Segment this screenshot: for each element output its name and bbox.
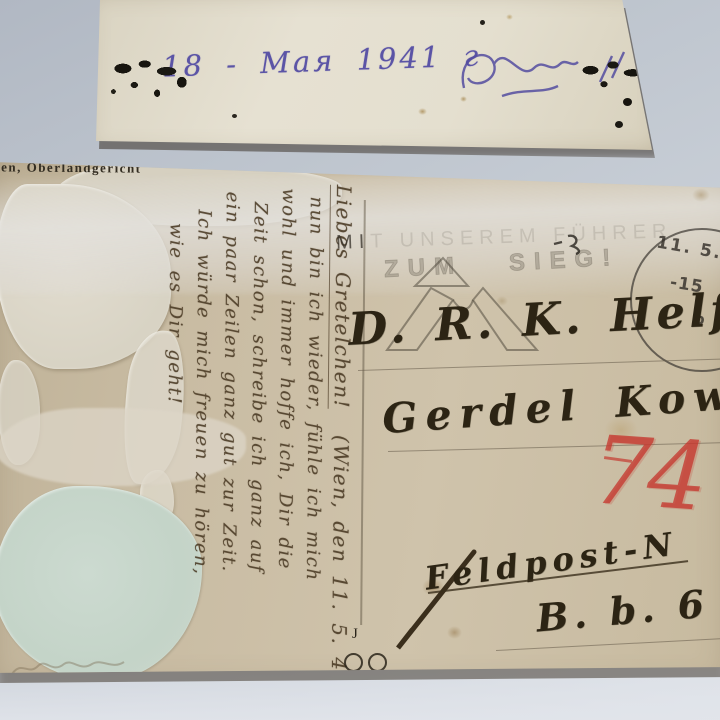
age-spot xyxy=(506,14,513,20)
message-line: wohl und immer hoffe ich, Dir die xyxy=(269,184,302,654)
registration-circle xyxy=(368,653,387,672)
address-line-4: B. b. 6 xyxy=(534,581,710,641)
slogan-visible: MI xyxy=(336,231,371,254)
age-spot xyxy=(418,108,427,115)
age-spot xyxy=(460,96,467,102)
ink-dot xyxy=(232,114,237,118)
censor-number: 74 xyxy=(588,416,707,533)
address-rule xyxy=(496,638,720,651)
postcard: ien, Oberlandgericht Liebes Gretelchen! … xyxy=(0,158,720,686)
message-line: Ich würde mich freuen zu hören, xyxy=(185,183,218,653)
date-inscription: 18 - Мая 1941 г xyxy=(162,38,482,83)
registration-circle xyxy=(344,653,363,672)
ink-dot xyxy=(615,121,623,128)
ink-scribble xyxy=(552,232,586,256)
message-line: ein paar Zeilen ganz gut zur Zeit. xyxy=(213,184,246,654)
salutation: Liebes Gretelchen! xyxy=(328,185,356,410)
ink-dot xyxy=(623,98,632,106)
photo-surface: { "photo_card": { "inscription": "18 - М… xyxy=(0,0,720,720)
message-block: Liebes Gretelchen! (Wien, den 11. 5. 41.… xyxy=(141,183,358,655)
stain-spot xyxy=(692,188,710,202)
address-rule xyxy=(358,359,720,371)
ink-smudge-left xyxy=(102,52,197,107)
message-line: Liebes Gretelchen! (Wien, den 11. 5. 41. xyxy=(325,185,358,655)
message-line: Zeit schon, schreibe ich ganz auf xyxy=(241,184,274,654)
photo-back-card: 18 - Мая 1941 г xyxy=(88,0,660,152)
message-line: wie es Dir geht! xyxy=(157,183,190,653)
ink-dot xyxy=(480,20,485,25)
printer-mark-j: J xyxy=(352,626,358,643)
